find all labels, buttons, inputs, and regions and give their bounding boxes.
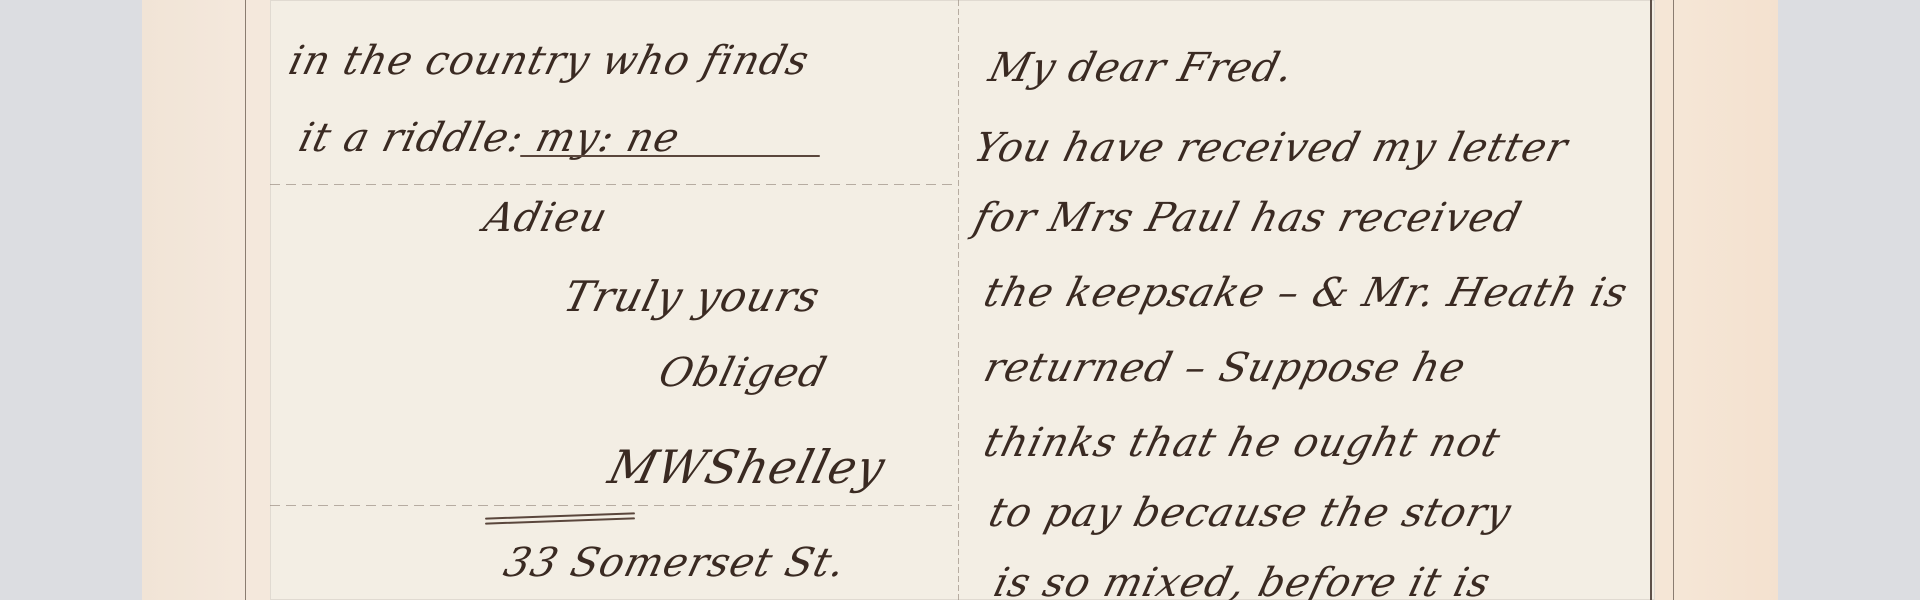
text-line: Obliged [654, 350, 831, 396]
salutation: My dear Fred. [984, 45, 1299, 91]
backdrop-right [1778, 0, 1920, 600]
page-border-right [1650, 0, 1652, 600]
address-line: 33 Somerset St. [499, 540, 850, 586]
text-line: Adieu [479, 195, 612, 241]
vertical-fold-line [958, 0, 959, 600]
text-line: for Mrs Paul has received [969, 195, 1526, 241]
text-line: is so mixed, before it is [989, 560, 1495, 600]
text-line: You have received my letter [969, 125, 1572, 171]
text-line: Truly yours [559, 272, 826, 321]
mount-rule-left [245, 0, 246, 600]
backdrop-left [0, 0, 142, 600]
mount-rule-right [1673, 0, 1674, 600]
signature: MWShelley [603, 440, 891, 494]
text-line: in the country who finds [284, 38, 814, 84]
text-line: returned – Suppose he [979, 345, 1471, 391]
text-line: thinks that he ought not [979, 420, 1505, 466]
horizontal-crease-upper [270, 184, 958, 185]
underline-stroke [520, 155, 820, 157]
text-line: to pay because the story [984, 490, 1516, 536]
horizontal-crease-lower [270, 505, 958, 506]
text-line: the keepsake – & Mr. Heath is [979, 270, 1632, 316]
